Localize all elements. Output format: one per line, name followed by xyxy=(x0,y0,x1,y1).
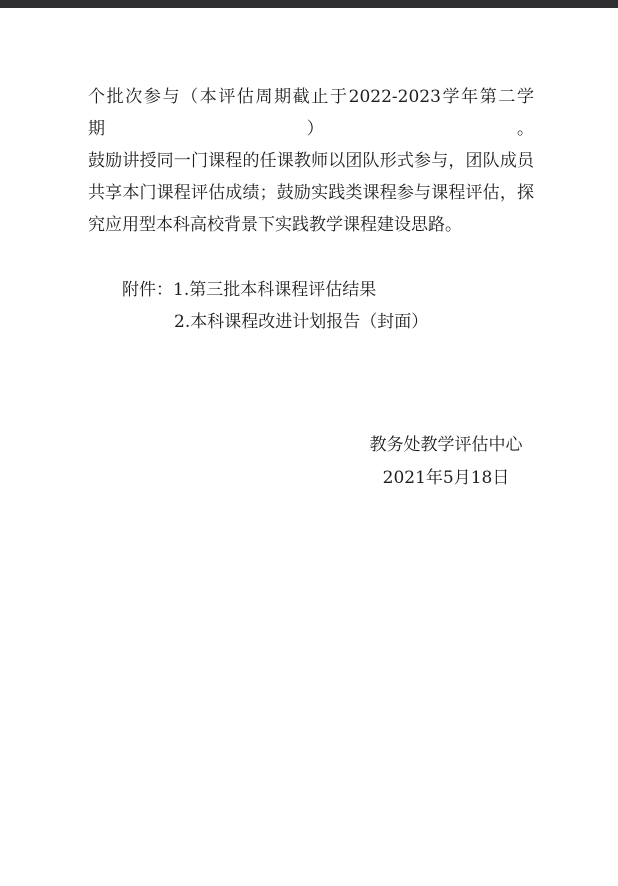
attachment-item-2: 2.本科课程改进计划报告（封面） xyxy=(174,306,428,338)
document-page: 个批次参与（本评估周期截止于2022-2023学年第二学期）。 鼓励讲授同一门课… xyxy=(0,0,618,886)
attachments-block: 附件： 1.第三批本科课程评估结果 2.本科课程改进计划报告（封面） xyxy=(122,274,428,338)
window-top-bar xyxy=(0,0,618,8)
signature-date: 2021年5月18日 xyxy=(365,462,527,495)
paragraph-line: 个批次参与（本评估周期截止于2022-2023学年第二学期）。 xyxy=(88,81,534,145)
attachment-item-1: 1.第三批本科课程评估结果 xyxy=(173,274,376,306)
paragraph-line: 鼓励讲授同一门课程的任课教师以团队形式参与，团队成员 xyxy=(88,145,534,177)
signature-department: 教务处教学评估中心 xyxy=(365,429,527,462)
paragraph-line: 究应用型本科高校背景下实践教学课程建设思路。 xyxy=(88,209,534,241)
paragraph-line: 共享本门课程评估成绩；鼓励实践类课程参与课程评估，探 xyxy=(88,177,534,209)
attachments-label: 附件： xyxy=(122,274,173,306)
signature-block: 教务处教学评估中心 2021年5月18日 xyxy=(365,429,527,495)
body-paragraph: 个批次参与（本评估周期截止于2022-2023学年第二学期）。 鼓励讲授同一门课… xyxy=(88,81,534,241)
